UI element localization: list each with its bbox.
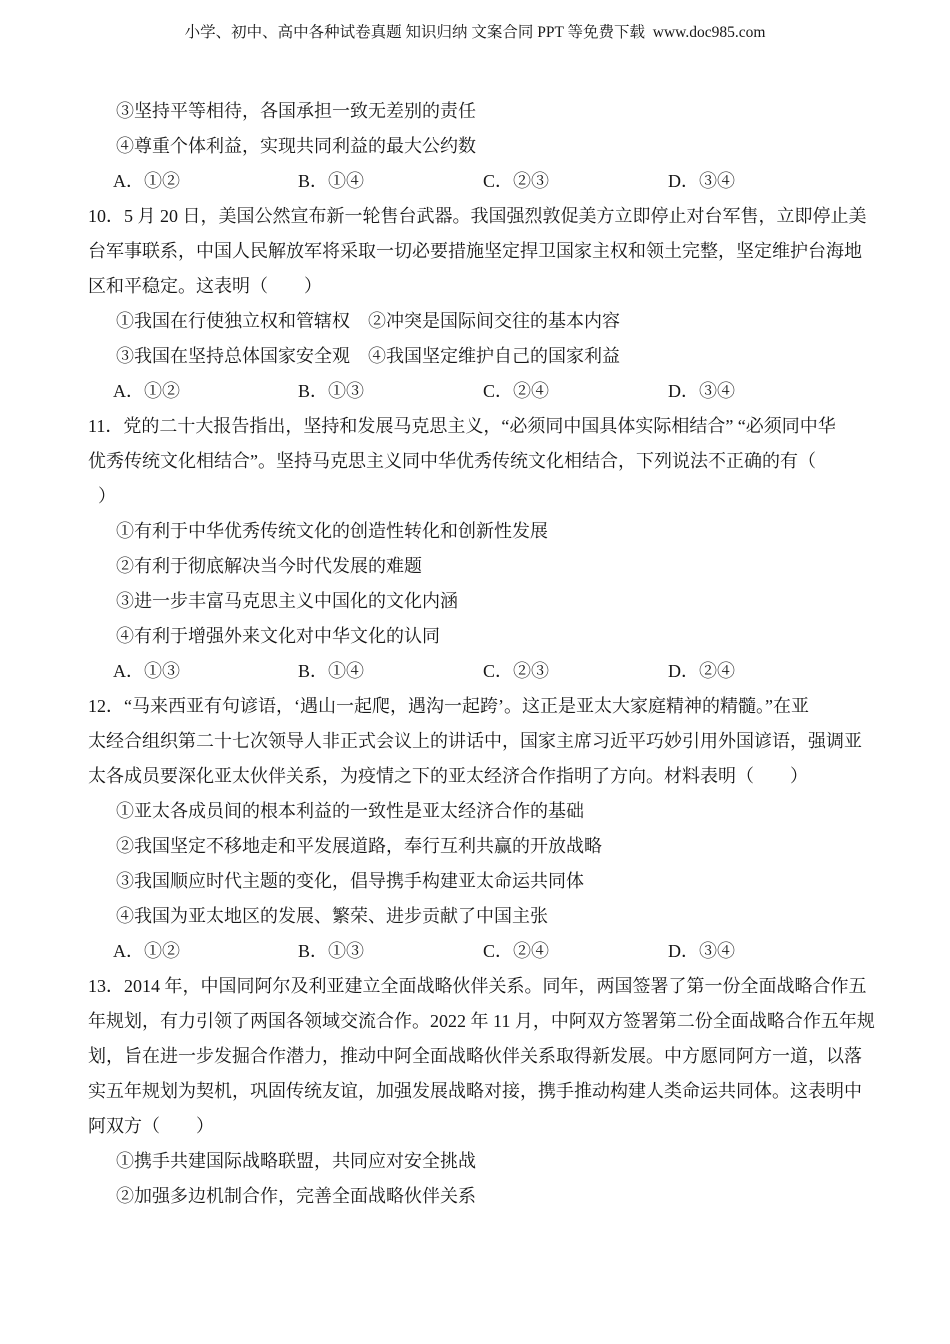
question-text-line: 太各成员要深化亚太伙伴关系，为疫情之下的亚太经济合作指明了方向。材料表明（ ） [88, 759, 888, 794]
question-text-line: 太经合组织第二十七次领导人非正式会议上的讲话中，国家主席习近平巧妙引用外国谚语，… [88, 724, 888, 759]
question-text-line: 划，旨在进一步发掘合作潜力，推动中阿全面战略伙伴关系取得新发展。中方愿同阿方一道… [88, 1039, 888, 1074]
options-row: A．①③B．①④C．②③D．②④ [88, 654, 888, 689]
item-line: ④尊重个体利益，实现共同利益的最大公约数 [88, 129, 888, 164]
option-B: B．①③ [298, 374, 483, 409]
item-line: ④有利于增强外来文化对中华文化的认同 [88, 619, 888, 654]
options-row: A．①②B．①④C．②③D．③④ [88, 164, 888, 199]
option-D: D．③④ [668, 934, 735, 969]
question-text-line: 年规划，有力引领了两国各领域交流合作。2022 年 11 月，中阿双方签署第二份… [88, 1004, 888, 1039]
exam-page-body: ③坚持平等相待，各国承担一致无差别的责任④尊重个体利益，实现共同利益的最大公约数… [88, 94, 888, 1214]
item-line: ①亚太各成员间的根本利益的一致性是亚太经济合作的基础 [88, 794, 888, 829]
item-line: ①有利于中华优秀传统文化的创造性转化和创新性发展 [88, 514, 888, 549]
option-C: C．②④ [483, 374, 668, 409]
question-text-line: 11．党的二十大报告指出，坚持和发展马克思主义，“必须同中国具体实际相结合” “… [88, 409, 888, 444]
item-line: ②我国坚定不移地走和平发展道路，奉行互利共赢的开放战略 [88, 829, 888, 864]
options-row: A．①②B．①③C．②④D．③④ [88, 934, 888, 969]
option-D: D．③④ [668, 164, 735, 199]
item-line: ②加强多边机制合作，完善全面战略伙伴关系 [88, 1179, 888, 1214]
site-header-text: 小学、初中、高中各种试卷真题 知识归纳 文案合同 PPT 等免费下载 www.d… [0, 20, 950, 46]
item-line: ②有利于彻底解决当今时代发展的难题 [88, 549, 888, 584]
question-text-line: 13．2014 年，中国同阿尔及利亚建立全面战略伙伴关系。同年，两国签署了第一份… [88, 969, 888, 1004]
question-text-line: 实五年规划为契机，巩固传统友谊，加强发展战略对接，携手推动构建人类命运共同体。这… [88, 1074, 888, 1109]
question-text-line: 阿双方（ ） [88, 1109, 888, 1144]
option-B: B．①③ [298, 934, 483, 969]
question-text-line: 优秀传统文化相结合”。坚持马克思主义同中华优秀传统文化相结合，下列说法不正确的有… [88, 444, 888, 479]
option-C: C．②④ [483, 934, 668, 969]
option-A: A．①③ [113, 654, 298, 689]
option-B: B．①④ [298, 164, 483, 199]
option-A: A．①② [113, 934, 298, 969]
item-line: ④我国为亚太地区的发展、繁荣、进步贡献了中国主张 [88, 899, 888, 934]
item-line: ③坚持平等相待，各国承担一致无差别的责任 [88, 94, 888, 129]
item-line: ①我国在行使独立权和管辖权 ②冲突是国际间交往的基本内容 [88, 304, 888, 339]
item-line: ③我国顺应时代主题的变化，倡导携手构建亚太命运共同体 [88, 864, 888, 899]
question-text-line: 区和平稳定。这表明（ ） [88, 269, 888, 304]
option-A: A．①② [113, 164, 298, 199]
item-line: ③进一步丰富马克思主义中国化的文化内涵 [88, 584, 888, 619]
paren-line: ） [88, 479, 888, 514]
question-text-line: 台军事联系，中国人民解放军将采取一切必要措施坚定捍卫国家主权和领土完整，坚定维护… [88, 234, 888, 269]
option-C: C．②③ [483, 164, 668, 199]
item-line: ①携手共建国际战略联盟，共同应对安全挑战 [88, 1144, 888, 1179]
option-B: B．①④ [298, 654, 483, 689]
option-D: D．②④ [668, 654, 735, 689]
options-row: A．①②B．①③C．②④D．③④ [88, 374, 888, 409]
option-A: A．①② [113, 374, 298, 409]
question-text-line: 12．“马来西亚有句谚语，‘遇山一起爬，遇沟一起跨’。这正是亚太大家庭精神的精髓… [88, 689, 888, 724]
question-text-line: 10．5 月 20 日，美国公然宣布新一轮售台武器。我国强烈敦促美方立即停止对台… [88, 199, 888, 234]
option-C: C．②③ [483, 654, 668, 689]
option-D: D．③④ [668, 374, 735, 409]
item-line: ③我国在坚持总体国家安全观 ④我国坚定维护自己的国家利益 [88, 339, 888, 374]
